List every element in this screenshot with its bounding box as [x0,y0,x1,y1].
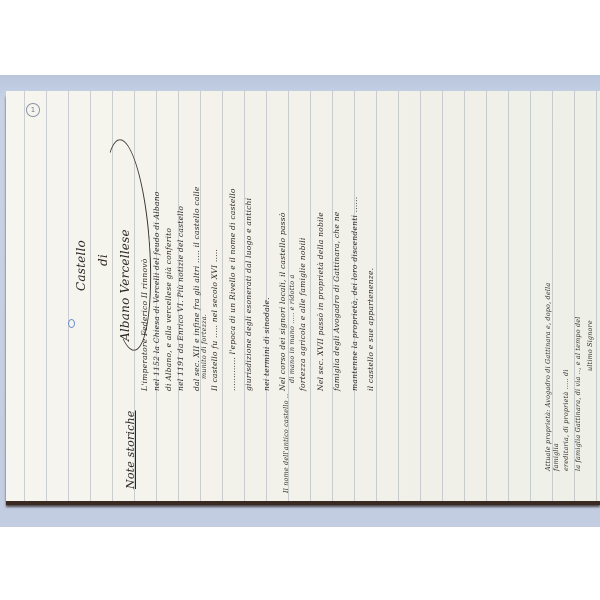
ruled-line [530,91,531,501]
ruled-line [310,91,311,501]
body-line: nel 1152 la Chiesa di Vercelli del feudo… [152,191,161,391]
ruled-line [420,91,421,501]
body-line: L'imperatore Federico II rinnovò [140,258,149,391]
ruled-line [486,91,487,501]
body-line: il castello e sue appartenenze. [366,268,375,391]
body-line: ............. l'epoca di un Rivello e il… [228,188,237,391]
blue-ink-mark [68,319,75,328]
footer-line: la famiglia Gattinara, di via .., e al t… [574,316,582,471]
ruled-line [442,91,443,501]
title-line-1: Castello [74,240,88,291]
page-number-circle: 1 [26,103,40,117]
ruled-line [508,91,509,501]
margin-note: Il nome dell'antico castello .. [282,394,290,493]
ruled-line [266,91,267,501]
ruled-line [376,91,377,501]
body-line: giurisdizione degli esonerati dal luogo … [244,198,253,391]
body-line: nel 1191 da Enrico VI. Più notizie del c… [176,206,185,391]
body-line: nei termini di sinodale. [262,297,271,391]
ruled-line [24,91,25,501]
footer-line: Attuale proprietà: Avogadro di Gattinara… [544,283,552,471]
section-heading: Note storiche [124,411,137,490]
body-line: mantenne la proprietà, dei loro discende… [350,197,359,391]
body-line: Nel corso dei signori locali, il castell… [278,212,287,391]
footer-line: ultimo Signore [586,320,594,371]
ruled-line [464,91,465,501]
footer-line: famiglia [552,443,560,471]
ruled-line [90,91,91,501]
body-line: di mano in mano ..... e ridotto a [288,274,296,383]
ruled-line [596,91,597,501]
body-line: famiglia degli Avogadro di Gattinara, ch… [332,212,341,392]
body-line: di Albano, e alla vercellese già conferi… [164,228,173,391]
ruled-line [222,91,223,501]
ruled-line [552,91,553,501]
body-line: Il castello fu ..... nel secolo XVI ....… [210,249,219,391]
ruled-line [46,91,47,501]
ruled-line [398,91,399,501]
footer-line: ereditaria, di proprietà ..... di [562,369,570,471]
body-line: Nel sec. XVII passò in proprietà della n… [316,212,325,391]
ruled-line [68,91,69,501]
document-sheet: 1 Castello di Albano Vercellese Note sto… [6,91,600,501]
body-line: munito di fortezza. [200,314,208,379]
body-line: fortezza agricola e alle famiglie nobili [298,237,307,391]
